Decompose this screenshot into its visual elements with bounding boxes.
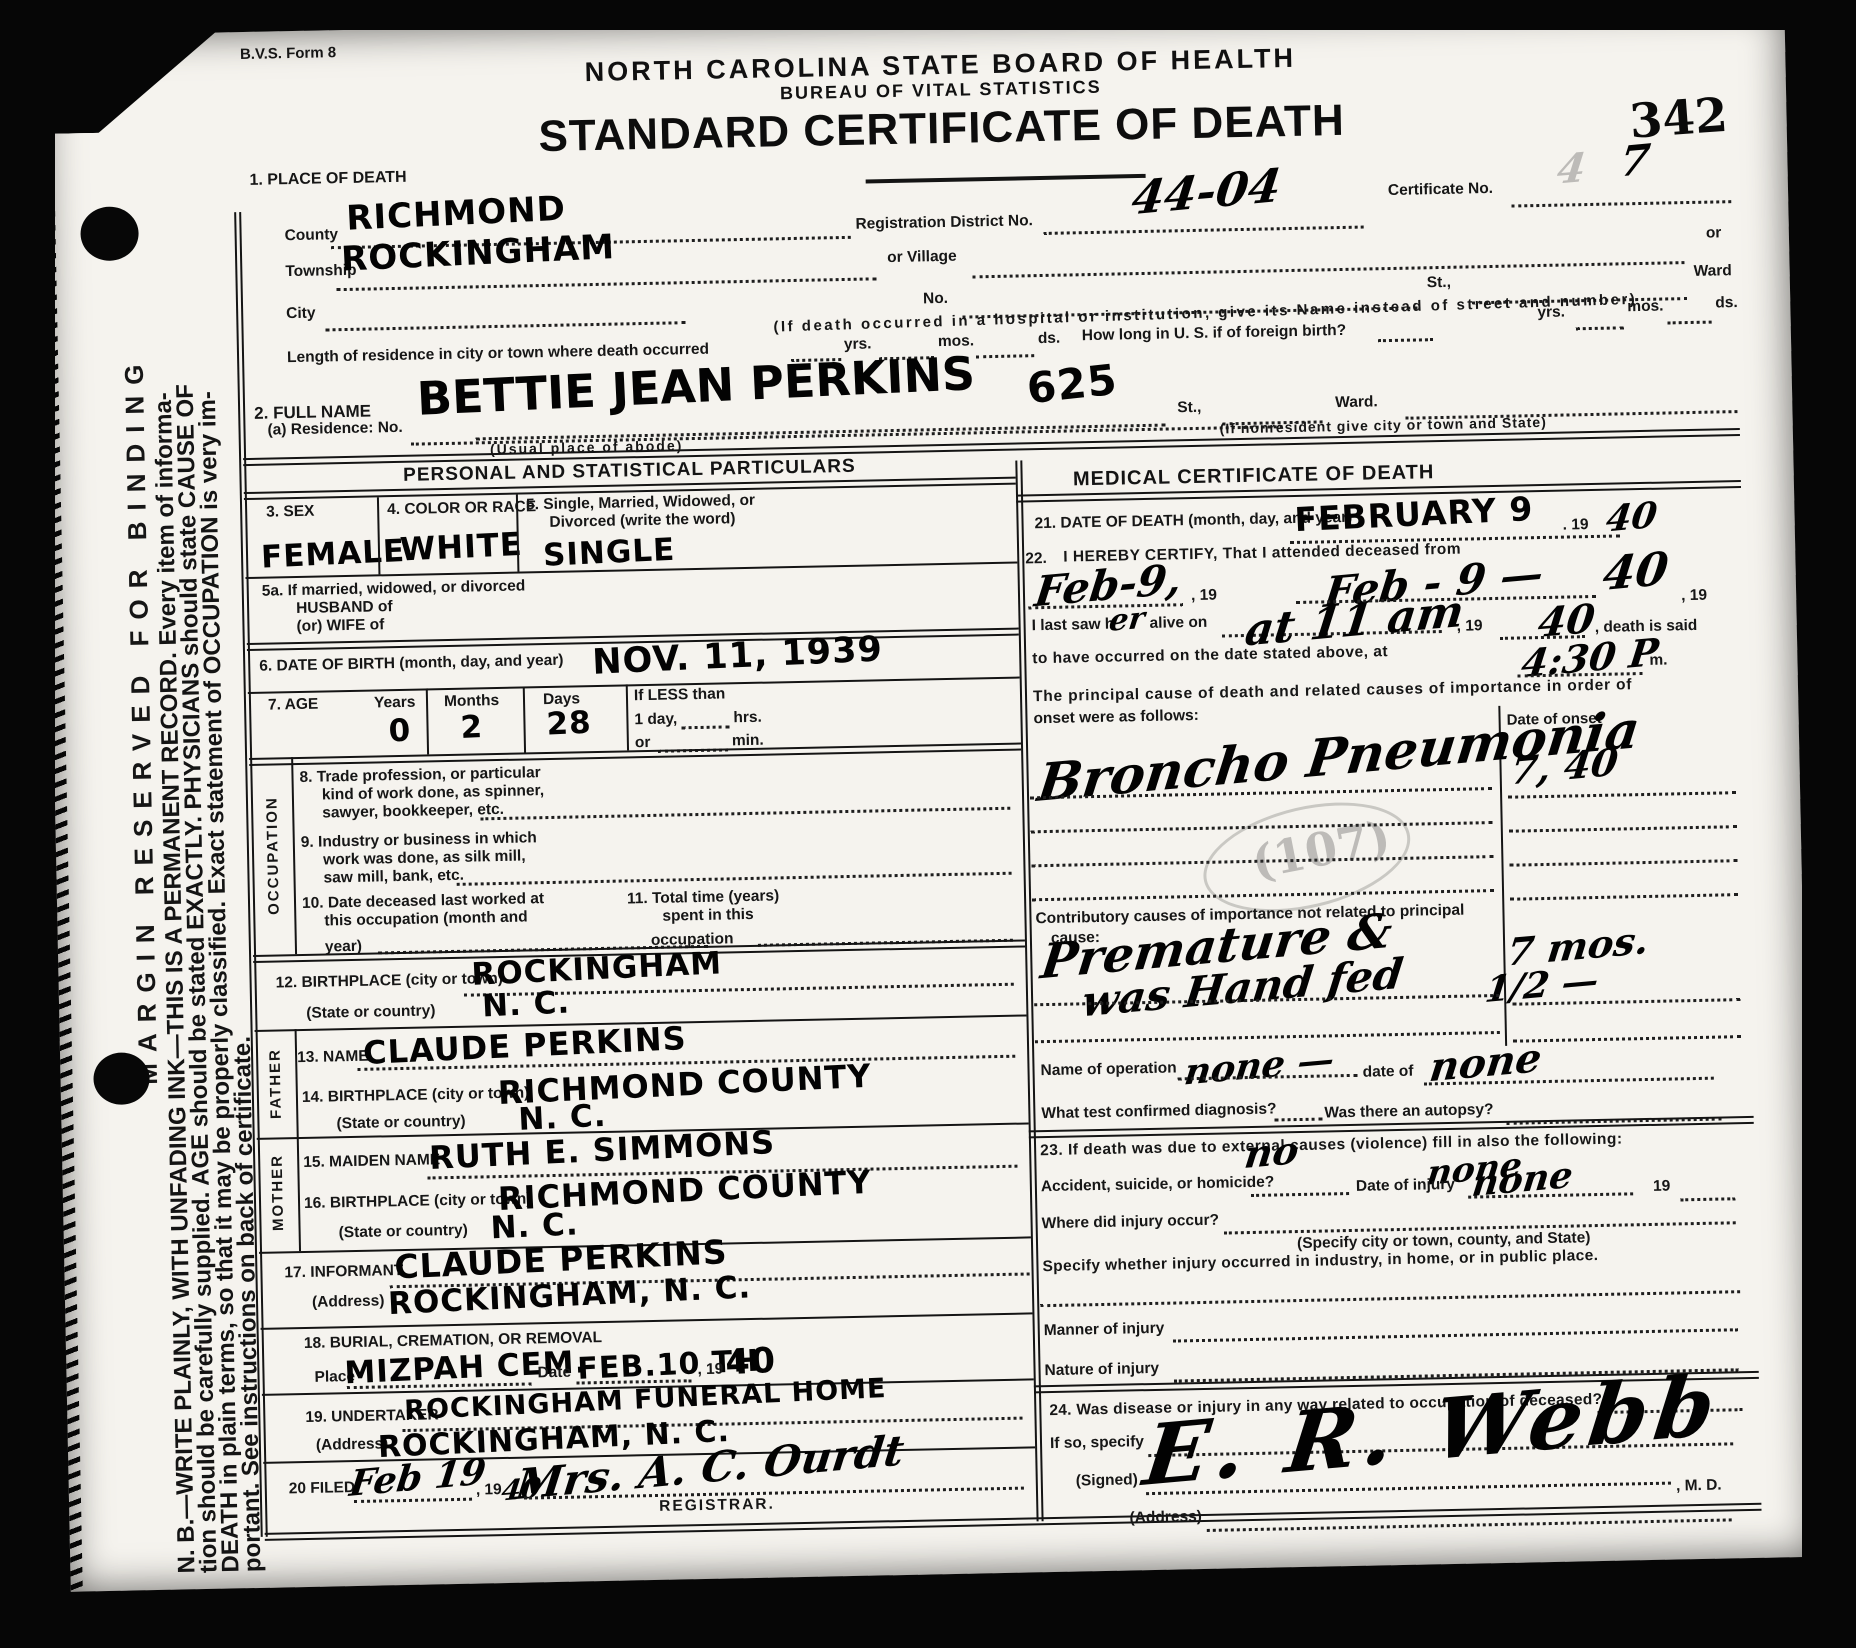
rule xyxy=(261,1312,1033,1329)
race-label: 4. COLOR OR RACE xyxy=(387,498,536,519)
father-side-label: FATHER xyxy=(266,1048,284,1119)
vline xyxy=(291,757,297,954)
dod-year: 40 xyxy=(1604,494,1660,541)
full-name-number: 625 xyxy=(1024,355,1119,413)
ward-label: Ward. xyxy=(1335,393,1378,412)
dotline xyxy=(1508,791,1736,799)
months-label: Months xyxy=(444,692,499,711)
scanned-death-certificate: MARGIN RESERVED FOR BINDING N. B.—WRITE … xyxy=(0,0,1856,1648)
father-name-label: 13. NAME xyxy=(297,1048,369,1067)
mos-label: mos. xyxy=(1627,298,1664,317)
dotline xyxy=(682,725,730,729)
year-prefix: , 19 xyxy=(1681,587,1707,606)
lastsaw-text2: alive on xyxy=(1149,614,1207,633)
dotline xyxy=(1251,1192,1349,1197)
dotline xyxy=(1513,1035,1741,1043)
hrs-label: hrs. xyxy=(733,709,762,728)
item9-line: work was done, as silk mill, xyxy=(323,847,526,869)
burial-year-prefix: , 19 xyxy=(697,1361,723,1380)
operation-date-label: date of xyxy=(1362,1063,1413,1082)
punch-hole xyxy=(93,1052,150,1105)
nature-label: Nature of injury xyxy=(1044,1360,1159,1380)
operation-value: none — xyxy=(1182,1038,1337,1093)
father-state-label: (State or country) xyxy=(336,1113,466,1134)
dod-year-prefix: . 19 xyxy=(1563,516,1589,535)
principal-cause-text2: onset were as follows: xyxy=(1033,707,1199,728)
scan-band-right xyxy=(1802,0,1856,1648)
occurred-text: to have occurred on the date stated abov… xyxy=(1032,643,1388,668)
m5a-label: 5a. If married, widowed, or divorced xyxy=(262,577,526,600)
dotline xyxy=(1207,1518,1732,1532)
certificate-sheet: MARGIN RESERVED FOR BINDING N. B.—WRITE … xyxy=(40,1,1816,1592)
certificate-no-label: Certificate No. xyxy=(1388,180,1493,200)
dotline xyxy=(1576,326,1624,330)
one-day-label: 1 day, xyxy=(634,710,677,729)
vline xyxy=(426,688,429,754)
birthplace-label: 12. BIRTHPLACE (city or town) xyxy=(275,970,503,993)
st-label: St., xyxy=(1177,399,1201,417)
informant-addr-label: (Address) xyxy=(312,1292,385,1311)
age-months: 2 xyxy=(460,709,484,746)
city-label: City xyxy=(286,305,316,324)
ds-label: ds. xyxy=(1038,330,1061,348)
year-prefix: , 19 xyxy=(1457,617,1483,636)
years-label: Years xyxy=(374,694,416,713)
age-years: 0 xyxy=(388,712,412,749)
ifso-label: If so, specify xyxy=(1050,1433,1144,1453)
dotline xyxy=(976,354,1034,358)
vline xyxy=(523,686,526,752)
manner-label: Manner of injury xyxy=(1044,1320,1165,1340)
dotline xyxy=(1680,1197,1735,1201)
scribble: no xyxy=(1242,1127,1301,1177)
ward-label: Ward xyxy=(1693,262,1732,281)
signed-label: (Signed) xyxy=(1076,1471,1138,1490)
race-value: WHITE xyxy=(399,525,523,569)
vline xyxy=(297,1137,301,1251)
district-label: Registration District No. xyxy=(855,212,1033,234)
rule xyxy=(866,174,1146,184)
dotline xyxy=(1511,200,1731,207)
c22-number: 22. xyxy=(1025,550,1047,568)
md-label: , M. D. xyxy=(1676,1477,1722,1496)
dotline xyxy=(1035,1031,1500,1043)
filed-label: 20 FILED xyxy=(289,1479,356,1498)
sex-value: FEMALE xyxy=(260,533,406,576)
dotline xyxy=(1378,338,1433,342)
dotline xyxy=(1509,859,1737,867)
injury-date-label: Date of injury xyxy=(1356,1176,1455,1196)
certificate-ghost: 4 xyxy=(1555,144,1589,194)
occupation-side-label: OCCUPATION xyxy=(263,796,282,915)
lastsaw-scribble: er xyxy=(1107,601,1147,639)
if-less-label: If LESS than xyxy=(634,685,726,705)
age-label: 7. AGE xyxy=(268,696,319,715)
m-label: m. xyxy=(1649,652,1667,670)
dotline xyxy=(1275,1118,1323,1122)
m5a-wife: (or) WIFE of xyxy=(296,616,384,636)
age-days: 28 xyxy=(546,705,593,743)
birthplace-state: N. C. xyxy=(481,984,571,1024)
county-label: County xyxy=(284,226,338,245)
marital-label2: Divorced (write the word) xyxy=(549,510,735,532)
informant-label: 17. INFORMANT xyxy=(284,1262,403,1282)
mother-name-label: 15. MAIDEN NAME xyxy=(303,1151,440,1172)
sex-label: 3. SEX xyxy=(266,503,315,522)
dotline xyxy=(1044,226,1364,235)
dotline xyxy=(480,807,1010,821)
address-label: (Address) xyxy=(1129,1508,1202,1527)
dotline xyxy=(1040,1290,1740,1307)
test-label: What test confirmed diagnosis? xyxy=(1041,1100,1276,1123)
filed-year-prefix: , 19 xyxy=(476,1481,502,1500)
accident-label: Accident, suicide, or homicide? xyxy=(1041,1174,1275,1197)
dod-value: FEBRUARY 9 xyxy=(1294,489,1534,539)
attended-year: 40 xyxy=(1600,541,1671,601)
marital-value: SINGLE xyxy=(542,532,676,574)
foreign-birth-label: How long in U. S. if of foreign birth? xyxy=(1082,322,1347,345)
dotline xyxy=(1510,893,1738,901)
certificate-value: 7 xyxy=(1617,135,1653,187)
item8-line: sawyer, bookkeeper, etc. xyxy=(322,801,504,823)
st-label: St., xyxy=(1427,274,1451,292)
year-prefix: , 19 xyxy=(1191,587,1217,606)
yrs-label: yrs. xyxy=(1537,304,1565,323)
burial-year: 40 xyxy=(724,1341,777,1383)
cause-onset: 7, 40 xyxy=(1508,739,1620,794)
father-bp-label: 14. BIRTHPLACE (city or town) xyxy=(302,1084,530,1107)
district-value: 44-04 xyxy=(1129,158,1284,225)
dotline xyxy=(457,872,1012,886)
dotline xyxy=(337,277,877,291)
m5a-husband: HUSBAND of xyxy=(296,598,393,618)
principal-cause-text: The principal cause of death and related… xyxy=(1033,676,1633,706)
section-place-of-death: 1. PLACE OF DEATH xyxy=(249,169,406,190)
item9-line: saw mill, bank, etc. xyxy=(323,867,464,888)
autopsy-label: Was there an autopsy? xyxy=(1324,1101,1493,1122)
dotline xyxy=(1173,1328,1738,1342)
year-19-label: 19 xyxy=(1653,1178,1671,1196)
item11-line: 11. Total time (years) xyxy=(627,887,780,908)
ds-label: ds. xyxy=(1715,294,1738,312)
dotline xyxy=(1668,321,1712,325)
form-id: B.V.S. Form 8 xyxy=(240,44,336,63)
scan-band-bottom xyxy=(0,1592,1856,1648)
mother-state-label: (State or country) xyxy=(338,1222,468,1243)
item11-line: spent in this xyxy=(662,906,754,926)
operation-label: Name of operation xyxy=(1040,1059,1176,1080)
punch-hole xyxy=(80,206,139,261)
burial-date-label: Date xyxy=(537,1364,571,1383)
no-label: No. xyxy=(923,290,948,308)
scan-band-left xyxy=(0,0,55,1648)
registrar-label: REGISTRAR. xyxy=(659,1496,775,1516)
dotline xyxy=(973,261,1685,278)
state-label: (State or country) xyxy=(306,1002,436,1023)
dotline xyxy=(326,321,686,331)
lastsaw-text: I last saw h xyxy=(1031,616,1114,636)
where-label: Where did injury occur? xyxy=(1041,1212,1219,1234)
or-label: or xyxy=(1706,224,1722,242)
item8-line: kind of work done, as spinner, xyxy=(322,782,545,804)
mother-side-label: MOTHER xyxy=(269,1154,288,1231)
residence-a-label: (a) Residence: No. xyxy=(267,419,403,440)
vline xyxy=(295,1029,299,1137)
dob-label: 6. DATE OF BIRTH (month, day, and year) xyxy=(259,652,564,676)
scan-band-top xyxy=(0,0,1856,30)
dotline xyxy=(1509,825,1737,833)
item10-line: this occupation (month and xyxy=(324,908,528,930)
village-label: or Village xyxy=(887,248,957,267)
vline xyxy=(626,684,629,750)
